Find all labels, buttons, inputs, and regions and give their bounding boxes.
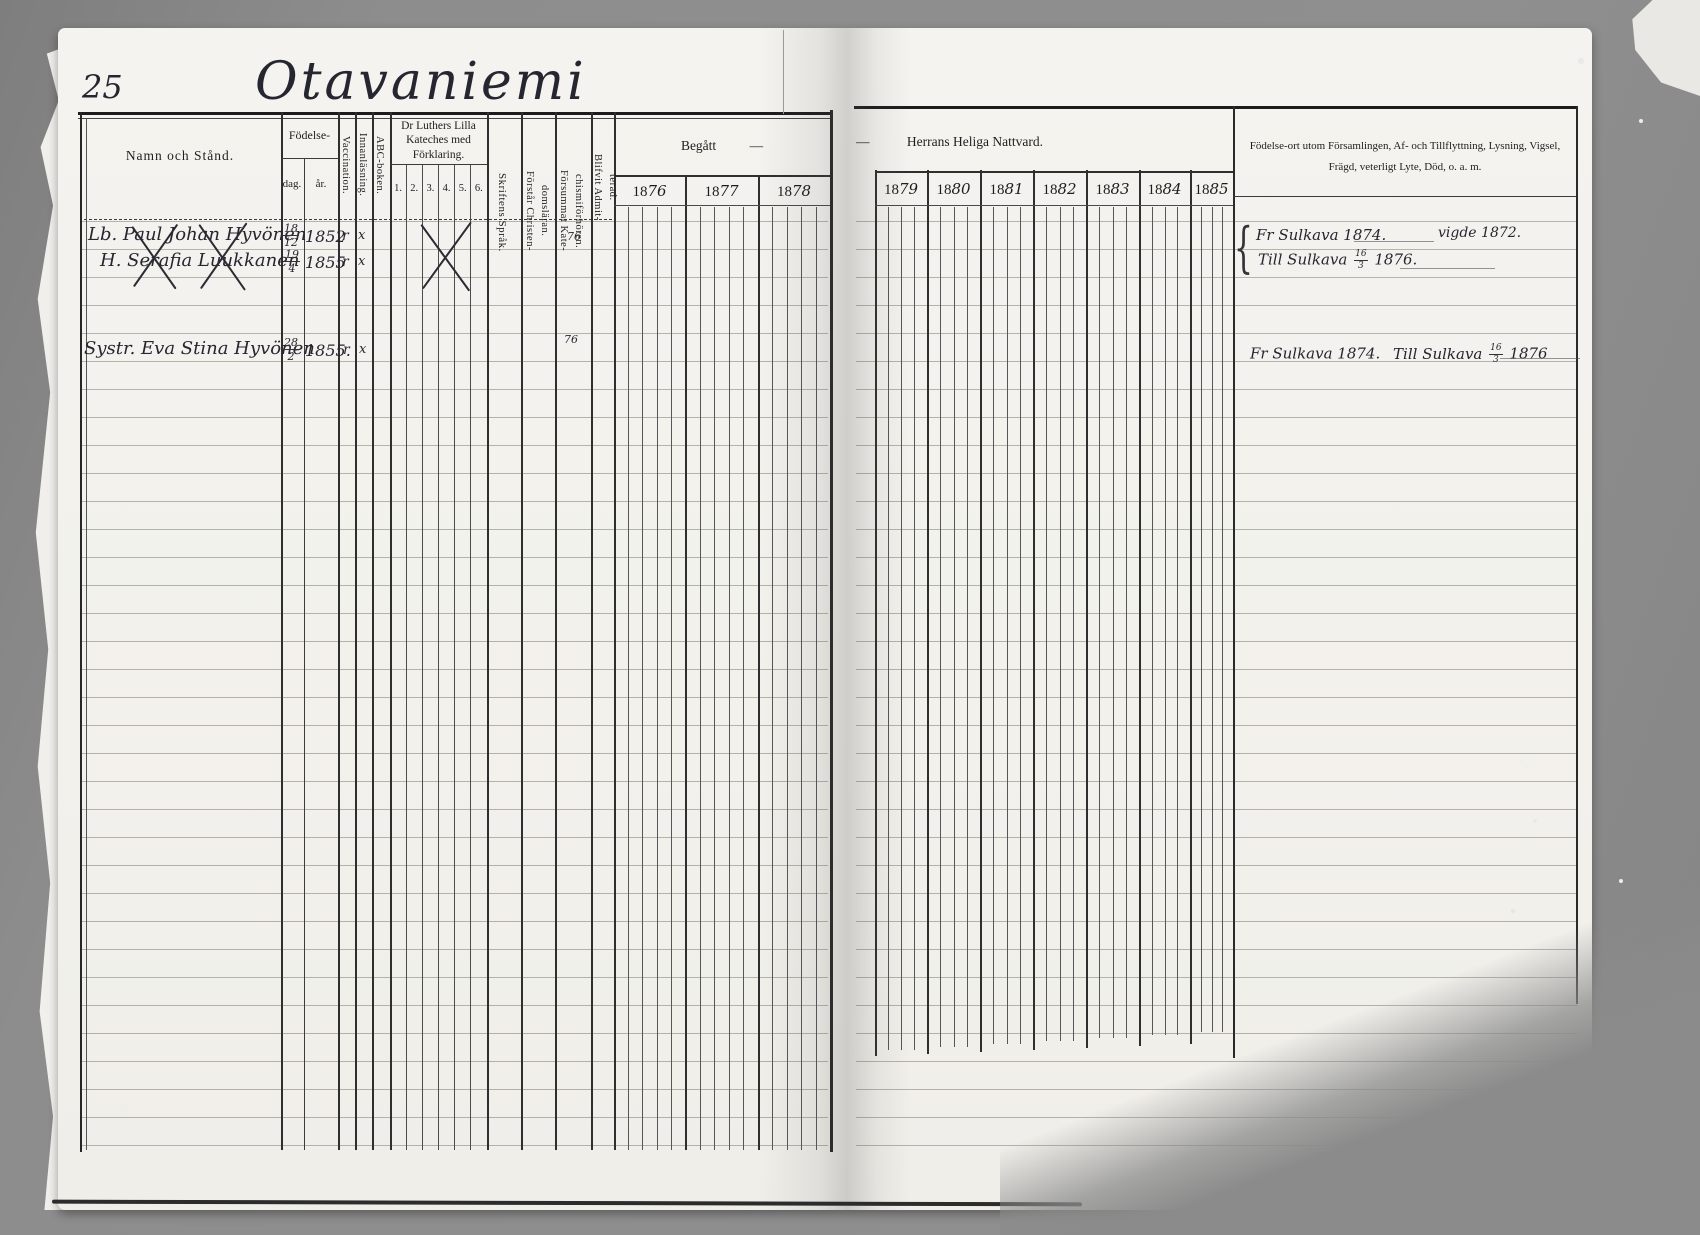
reading-mark: x	[358, 228, 365, 243]
reading-mark: x	[358, 254, 365, 269]
year-prefix: 18	[989, 182, 1004, 198]
col-header-birth-day: dag.	[279, 178, 305, 190]
year-prefix: 18	[1095, 182, 1110, 198]
year-suffix: 85	[1209, 180, 1228, 198]
grid-line	[914, 207, 915, 1050]
row-birth-year: 1855	[305, 253, 346, 272]
grid-line	[714, 207, 715, 1150]
col-header-notes: Födelse-ort utom Församlingen, Af- och T…	[1235, 136, 1575, 178]
grid-line	[406, 165, 407, 1150]
communion-header-left: Begått —	[614, 138, 830, 154]
catechism-year-mark: 76	[564, 333, 578, 346]
year-prefix: 18	[1194, 182, 1209, 198]
catechism-line1: Dr Luthers Lilla	[401, 120, 476, 132]
grid-line	[875, 171, 1233, 173]
catechism-col-4: 4.	[443, 183, 451, 194]
note-married: vigde 1872.	[1438, 225, 1521, 241]
grid-line	[671, 207, 672, 1150]
note-to-year: 1876.	[1374, 251, 1417, 269]
missed-line2: chismiförhören.	[573, 122, 584, 300]
year-header-1877: 1877	[685, 182, 758, 201]
year-header-1880: 1880	[927, 180, 980, 199]
year-suffix: 77	[719, 182, 738, 200]
grid-line	[628, 207, 629, 1150]
note-leader-line	[1354, 241, 1434, 242]
grid-line	[521, 112, 523, 1150]
grid-line	[980, 170, 982, 1052]
year-suffix: 81	[1004, 180, 1023, 198]
grid-line	[390, 164, 487, 165]
grid-line	[86, 118, 87, 1150]
grid-line	[614, 112, 616, 1150]
grid-line	[642, 207, 643, 1150]
catechism-line3: Förklaring.	[413, 149, 464, 161]
vaccination-mark: r	[342, 228, 349, 244]
birth-day-value: 19	[284, 249, 300, 262]
catechism-subcolumn-numbers: 1. 2. 3. 4. 5. 6.	[390, 183, 487, 194]
crossout-x-mark	[133, 226, 177, 288]
year-suffix: 83	[1110, 180, 1129, 198]
grid-line	[304, 158, 305, 1150]
ruled-lines-left-page	[82, 221, 828, 1151]
catechism-col-3: 3.	[426, 183, 434, 194]
year-suffix: 79	[899, 180, 918, 198]
note-to-day: 16	[1489, 344, 1502, 355]
year-header-1876: 1876	[614, 182, 685, 201]
year-suffix: 78	[792, 182, 811, 200]
note-from-text: Fr Sulkava 1874.	[1250, 345, 1380, 363]
grid-line	[1233, 196, 1576, 197]
communion-header-right: — Herrans Heliga Nattvard.	[856, 134, 1236, 150]
grid-line	[80, 112, 82, 1152]
catechism-col-2: 2.	[410, 183, 418, 194]
grid-line	[355, 112, 357, 1150]
crossout-x-mark	[422, 224, 470, 290]
grid-line	[78, 112, 830, 115]
note-to: Till Sulkava 16 3 1876.	[1258, 250, 1417, 271]
page-title: Otavaniemi	[255, 52, 587, 112]
catechism-year-mark: 76	[567, 230, 581, 243]
missed-line1: Försummat Kate-	[558, 122, 569, 300]
birth-month-value: 2	[288, 350, 295, 362]
row-birth-year: 1852	[305, 227, 346, 246]
note-to-month: 3	[1358, 261, 1364, 271]
year-header-1878: 1878	[758, 182, 830, 201]
year-header-1882: 1882	[1033, 180, 1086, 199]
catechism-col-6: 6.	[475, 183, 483, 194]
note-to-day: 16	[1354, 250, 1367, 261]
grid-line	[967, 207, 968, 1047]
col-header-script-language: Skriftens Språk.	[496, 122, 508, 302]
understands-line1: Förstår Christen-	[524, 122, 535, 300]
catechism-col-5: 5.	[459, 183, 467, 194]
reading-mark: x	[359, 342, 366, 357]
row-birth-date: 19 4	[284, 249, 300, 274]
understands-line2: domsläran.	[539, 122, 550, 300]
page-corner-shadow	[1000, 880, 1700, 1235]
year-suffix: 76	[647, 182, 666, 200]
grid-line	[422, 165, 423, 1150]
year-suffix: 84	[1162, 180, 1181, 198]
grid-line	[854, 106, 1578, 109]
communion-dash-right: —	[856, 134, 870, 149]
grid-line	[657, 207, 658, 1150]
year-prefix: 18	[1147, 182, 1162, 198]
crossout-x-mark	[200, 224, 246, 290]
grid-line	[700, 207, 701, 1150]
col-header-reading: Innanläsning.	[357, 122, 368, 208]
grid-line	[372, 112, 374, 1150]
row-name: Lb. Paul Johan Hyvönen	[88, 224, 306, 245]
col-header-missed-catechism: Försummat Kate- chismiförhören.	[558, 122, 584, 305]
note-leader-line	[1400, 268, 1495, 269]
row-birth-date: 18 12	[283, 223, 299, 248]
grid-line	[1576, 106, 1578, 1004]
col-header-abc-book: ABC-boken.	[374, 122, 385, 208]
grid-line	[875, 205, 1233, 206]
grid-line	[281, 158, 338, 159]
note-to-month: 3	[1493, 355, 1499, 365]
birth-day-value: 28	[283, 337, 299, 350]
grid-line	[940, 207, 941, 1047]
col-header-birth-group: Födelse-	[281, 128, 338, 143]
grid-line	[743, 207, 744, 1150]
year-prefix: 18	[777, 184, 792, 200]
grid-line	[470, 165, 471, 1150]
note-to-text: Till Sulkava	[1258, 251, 1347, 269]
note-to-date: 16 3	[1489, 344, 1502, 365]
col-header-vaccination: Vaccination.	[340, 122, 351, 208]
notes-brace: {	[1234, 216, 1253, 279]
col-header-name: Namn och Stånd.	[80, 148, 280, 164]
notes-header-line1: Födelse-ort utom Församlingen, Af- och T…	[1250, 140, 1561, 152]
admitted-line1: Blifvit Admit-	[592, 122, 603, 252]
year-header-1884: 1884	[1139, 180, 1190, 199]
grid-line	[591, 112, 593, 1150]
vaccination-mark: r	[343, 342, 350, 358]
col-header-understands: Förstår Christen- domsläran.	[524, 122, 550, 305]
fold-crease-line	[783, 30, 784, 114]
grid-line	[454, 165, 455, 1150]
catechism-col-1: 1.	[394, 183, 402, 194]
vaccination-mark: r	[342, 254, 349, 270]
col-header-birth-year: år.	[304, 178, 338, 190]
note-to-date: 16 3	[1354, 250, 1367, 271]
row-name: Systr. Eva Stina Hyvönen	[84, 338, 315, 359]
year-prefix: 18	[632, 184, 647, 200]
year-header-1885: 1885	[1190, 180, 1233, 199]
year-header-1879: 1879	[875, 180, 927, 199]
page-number: 25	[82, 68, 123, 106]
year-prefix: 18	[884, 182, 899, 198]
note-to-year: 1876	[1509, 345, 1547, 363]
communion-word: Begått	[681, 138, 716, 153]
year-header-1881: 1881	[980, 180, 1033, 199]
row-birth-date: 28 2	[283, 337, 299, 362]
catechism-line2: Kateches med	[406, 134, 471, 146]
year-suffix: 82	[1057, 180, 1076, 198]
year-prefix: 18	[1042, 182, 1057, 198]
communion-dash-left: —	[750, 138, 764, 153]
note-to-text: Till Sulkava	[1393, 345, 1482, 363]
year-prefix: 18	[936, 182, 951, 198]
notes-header-line2: Frägd, veterligt Lyte, Död, o. a. m.	[1329, 161, 1482, 173]
grid-line	[954, 207, 955, 1047]
note-from-to: Fr Sulkava 1874. Till Sulkava 16 3 1876	[1250, 344, 1548, 365]
year-header-1883: 1883	[1086, 180, 1139, 199]
book-fold-shadow	[760, 28, 910, 1210]
note-leader-line	[1500, 358, 1580, 359]
torn-paper-corner	[1628, 0, 1700, 96]
communion-title: Herrans Heliga Nattvard.	[907, 134, 1043, 149]
grid-line	[390, 112, 392, 1150]
grid-line	[685, 175, 687, 1150]
birth-month-value: 12	[284, 236, 298, 248]
grid-line	[438, 165, 439, 1150]
year-suffix: 80	[951, 180, 970, 198]
grid-line	[487, 112, 489, 1150]
grid-line	[927, 170, 929, 1054]
scanned-parish-register: 25 Otavaniemi Namn och Stånd. Födelse- d…	[0, 0, 1700, 1235]
grid-line	[555, 112, 557, 1150]
birth-month-value: 4	[289, 262, 296, 274]
grid-line	[729, 207, 730, 1150]
year-prefix: 18	[704, 184, 719, 200]
grid-line	[993, 207, 994, 1044]
birth-day-value: 18	[283, 223, 299, 236]
col-header-catechism-group: Dr Luthers Lilla Kateches med Förklaring…	[390, 119, 487, 162]
